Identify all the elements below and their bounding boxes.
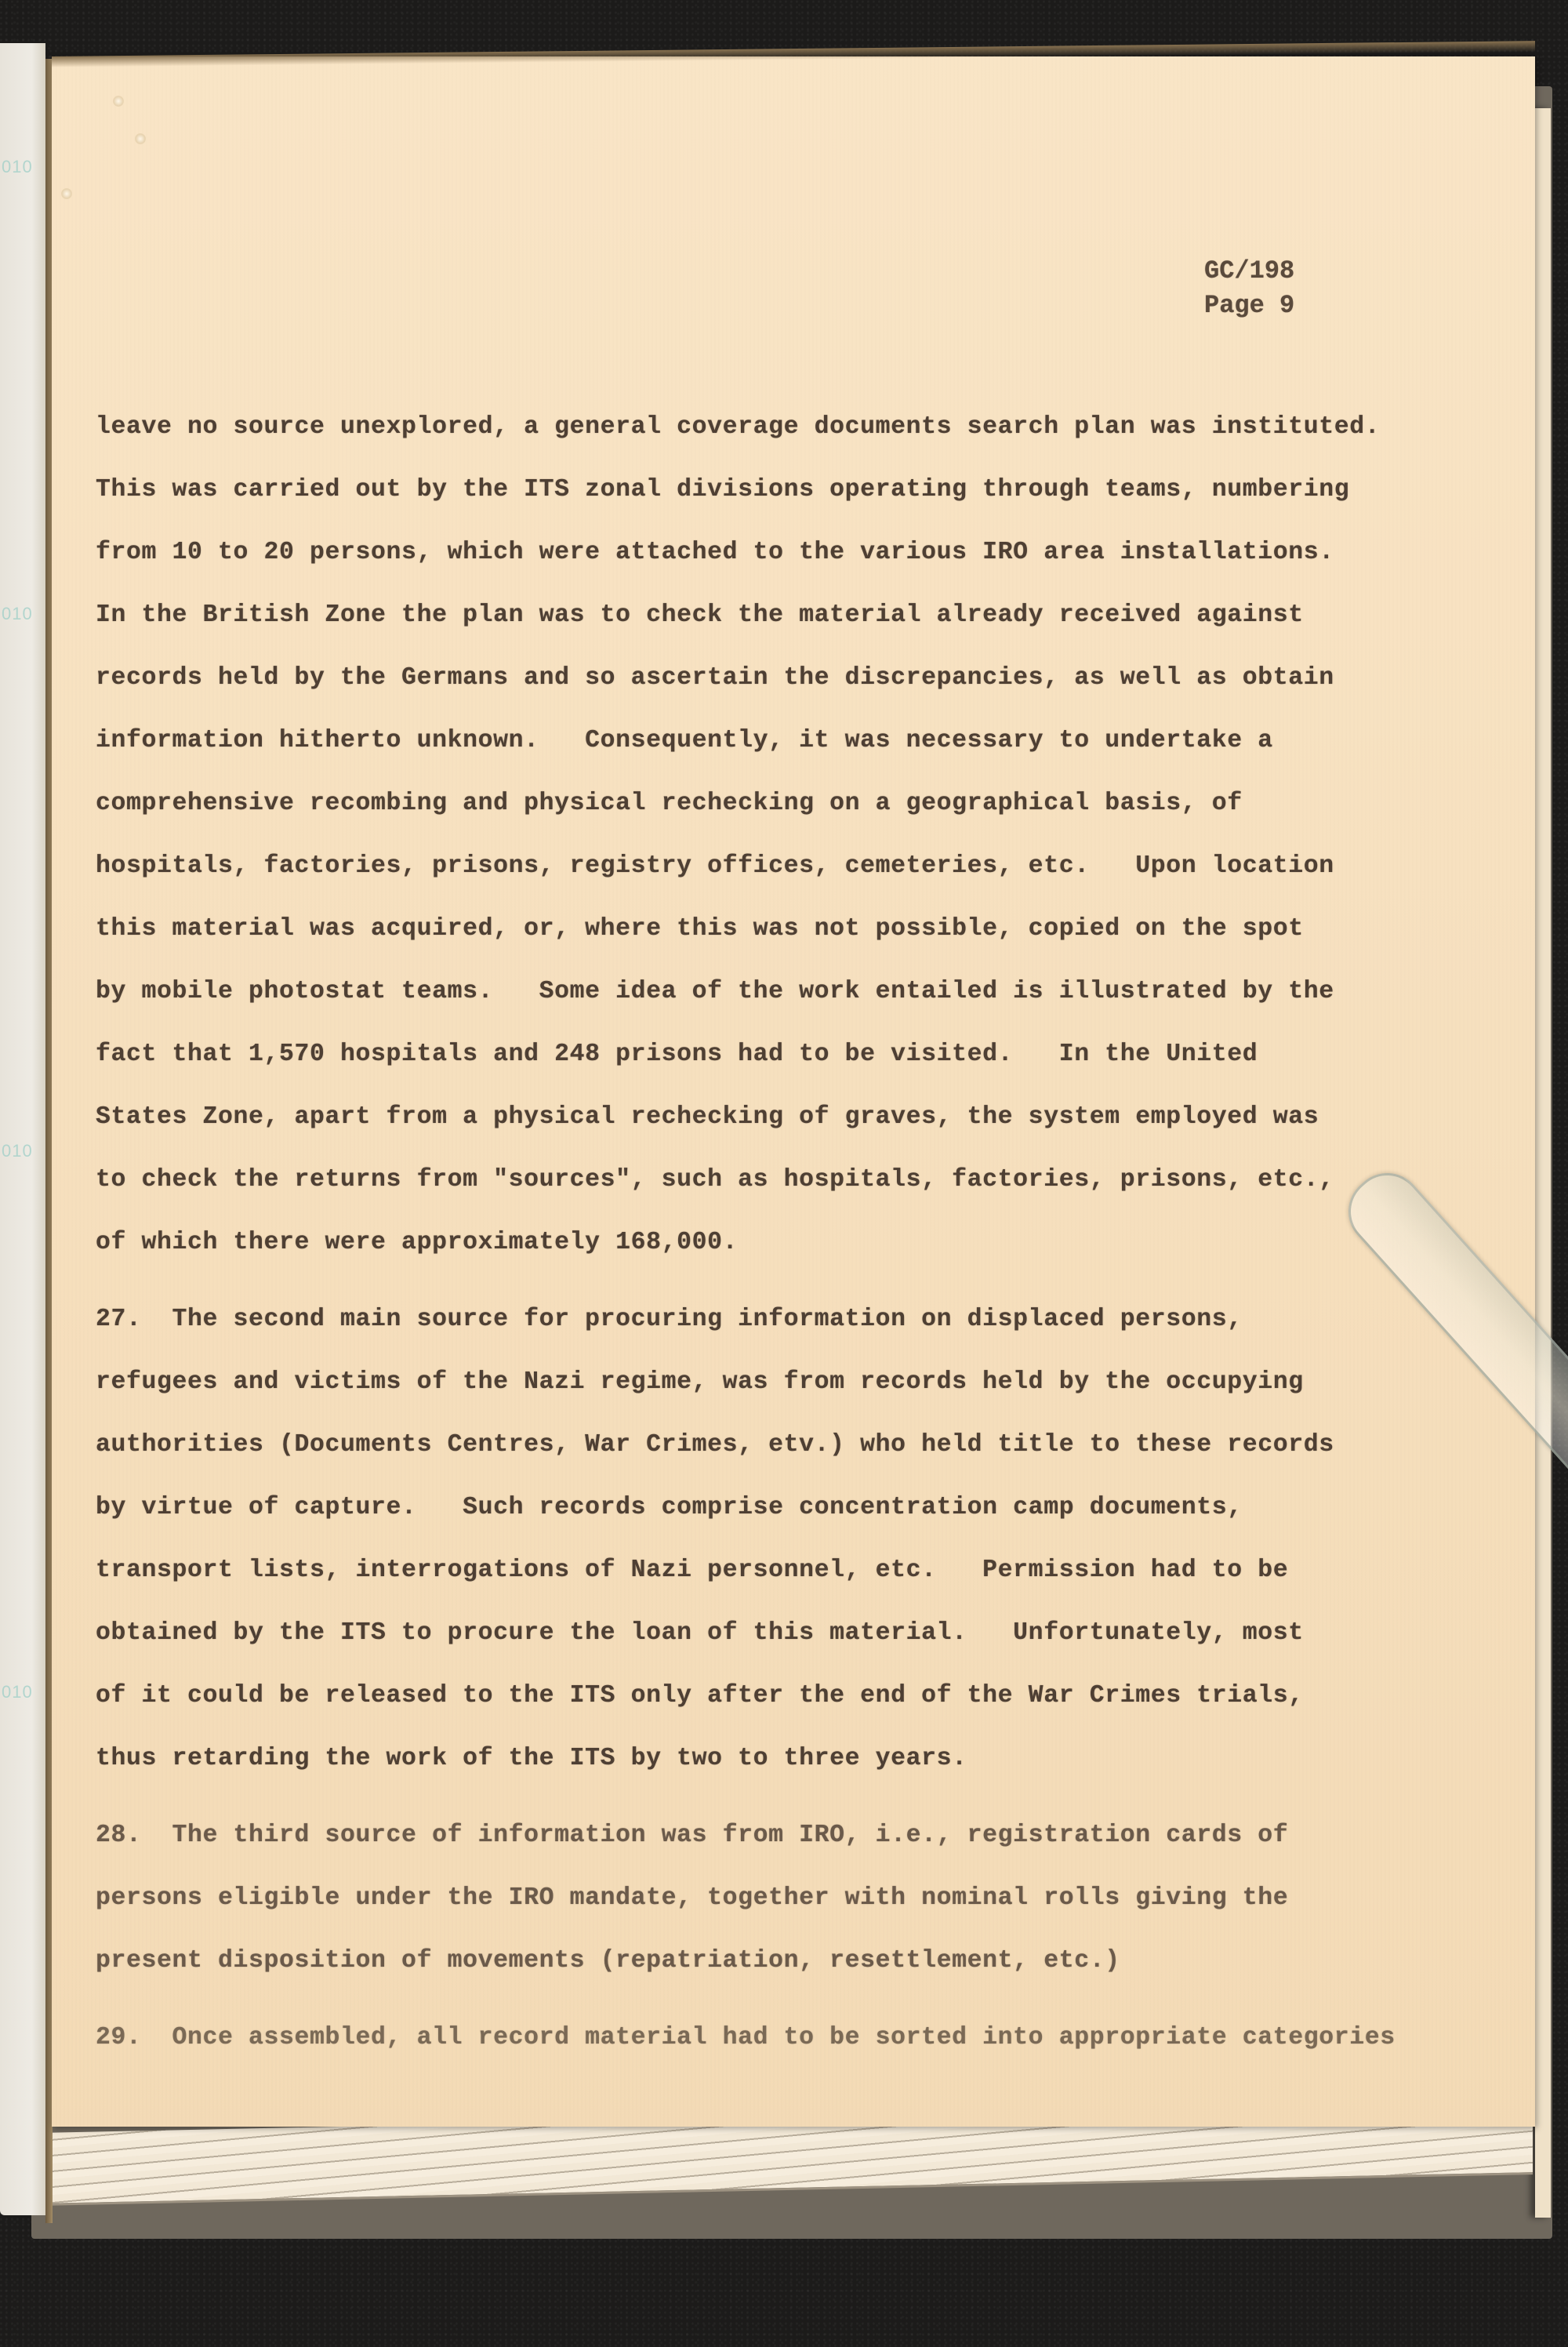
text-line: authorities (Documents Centres, War Crim… [96,1426,1562,1488]
margin-stamp: 010 [2,1141,33,1161]
text-line: records held by the Germans and so ascer… [96,659,1562,721]
paper-blemish [61,188,72,199]
text-line: 28. The third source of information was … [96,1816,1562,1879]
text-line: fact that 1,570 hospitals and 248 prison… [96,1035,1562,1098]
text-line: this material was acquired, or, where th… [96,910,1562,972]
text-line: obtained by the ITS to procure the loan … [96,1614,1562,1677]
margin-stamp: 010 [2,157,33,177]
text-line: leave no source unexplored, a general co… [96,408,1562,470]
reference-number: GC/198 [1204,254,1294,289]
text-line: 29. Once assembled, all record material … [96,2018,1562,2081]
page-number: Page 9 [1204,289,1294,323]
text-line: refugees and victims of the Nazi regime,… [96,1363,1562,1426]
text-line: thus retarding the work of the ITS by tw… [96,1739,1562,1802]
text-line: of which there were approximately 168,00… [96,1223,1562,1286]
document-page: GC/198 Page 9 leave no source unexplored… [52,56,1535,2127]
text-line: information hitherto unknown. Consequent… [96,721,1562,784]
document-body: leave no source unexplored, a general co… [96,408,1562,2081]
paragraph-29: 29. Once assembled, all record material … [96,2018,1562,2081]
text-line: In the British Zone the plan was to chec… [96,596,1562,659]
text-line: to check the returns from "sources", suc… [96,1161,1562,1223]
text-line: hospitals, factories, prisons, registry … [96,847,1562,910]
previous-page-edge: 010 010 010 010 [0,43,45,2215]
text-line: This was carried out by the ITS zonal di… [96,470,1562,533]
text-line: present disposition of movements (repatr… [96,1942,1562,2004]
paragraph-28: 28. The third source of information was … [96,1816,1562,2004]
text-line: by virtue of capture. Such records compr… [96,1488,1562,1551]
text-line: of it could be released to the ITS only … [96,1677,1562,1739]
text-line: transport lists, interrogations of Nazi … [96,1551,1562,1614]
page-top-edge [52,41,1535,67]
text-line: by mobile photostat teams. Some idea of … [96,972,1562,1035]
text-line: comprehensive recombing and physical rec… [96,784,1562,847]
document-reference: GC/198 Page 9 [1204,254,1294,323]
text-line: 27. The second main source for procuring… [96,1300,1562,1363]
paper-blemish [113,96,124,107]
text-line: from 10 to 20 persons, which were attach… [96,533,1562,596]
paragraph-27: 27. The second main source for procuring… [96,1300,1562,1802]
text-line: States Zone, apart from a physical reche… [96,1098,1562,1161]
paper-blemish [135,133,146,144]
text-line: persons eligible under the IRO mandate, … [96,1879,1562,1942]
margin-stamp: 010 [2,604,33,624]
margin-stamp: 010 [2,1682,33,1702]
